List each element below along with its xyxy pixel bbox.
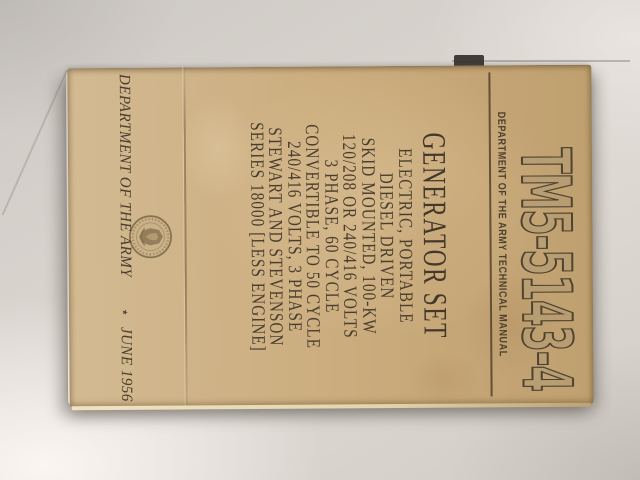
subtitle-line: SERIES 18000 [LESS ENGINE] xyxy=(245,95,269,379)
cover-crease xyxy=(183,67,187,409)
star-separator-icon: ★ xyxy=(121,309,129,316)
manual-cover: TM5-5143-4 DEPARTMENT OF THE ARMY TECHNI… xyxy=(67,65,593,408)
footer-date: JUNE 1956 xyxy=(116,327,134,402)
footer-department: DEPARTMENT OF THE ARMY xyxy=(115,74,134,277)
department-technical-manual-line: DEPARTMENT OF THE ARMY TECHNICAL MANUAL xyxy=(495,72,509,396)
cover-footer: DEPARTMENT OF THE ARMY ★ JUNE 1956 xyxy=(114,69,134,407)
cover-header: TM5-5143-4 DEPARTMENT OF THE ARMY TECHNI… xyxy=(488,72,593,397)
tm-number: TM5-5143-4 xyxy=(510,147,579,329)
army-seal-icon xyxy=(127,214,173,260)
cover-title: GENERATOR SET xyxy=(414,104,453,368)
photo-of-manual: TM5-5143-4 DEPARTMENT OF THE ARMY TECHNI… xyxy=(0,0,640,480)
